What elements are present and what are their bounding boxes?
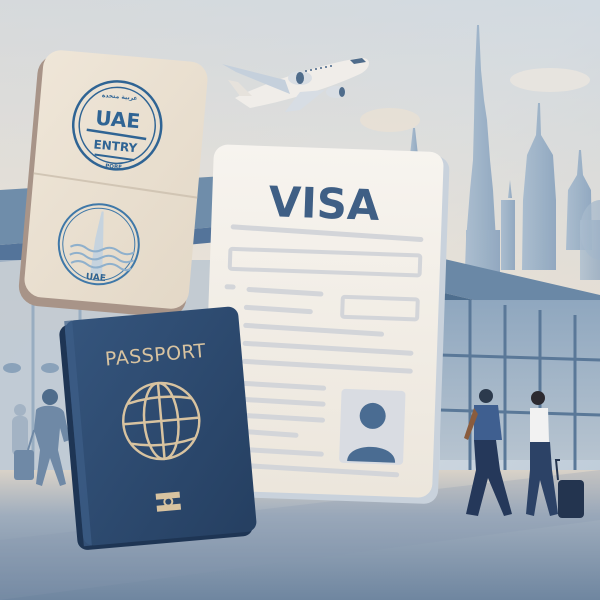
travel-documents-illustration: عربية متحدة UAE ENTRY PORE UAE VISA [0, 0, 600, 600]
airport-terminal-icon [440, 258, 600, 470]
stamp-skyline-country: UAE [85, 272, 106, 284]
person-silhouette-icon [339, 389, 406, 465]
traveler-left-with-suitcase [12, 404, 28, 456]
stamp-country: UAE [94, 106, 141, 134]
visa-title: VISA [268, 177, 381, 230]
stamp-booklet: عربية متحدة UAE ENTRY PORE UAE [17, 48, 209, 319]
passport: PASSPORT [58, 306, 257, 551]
